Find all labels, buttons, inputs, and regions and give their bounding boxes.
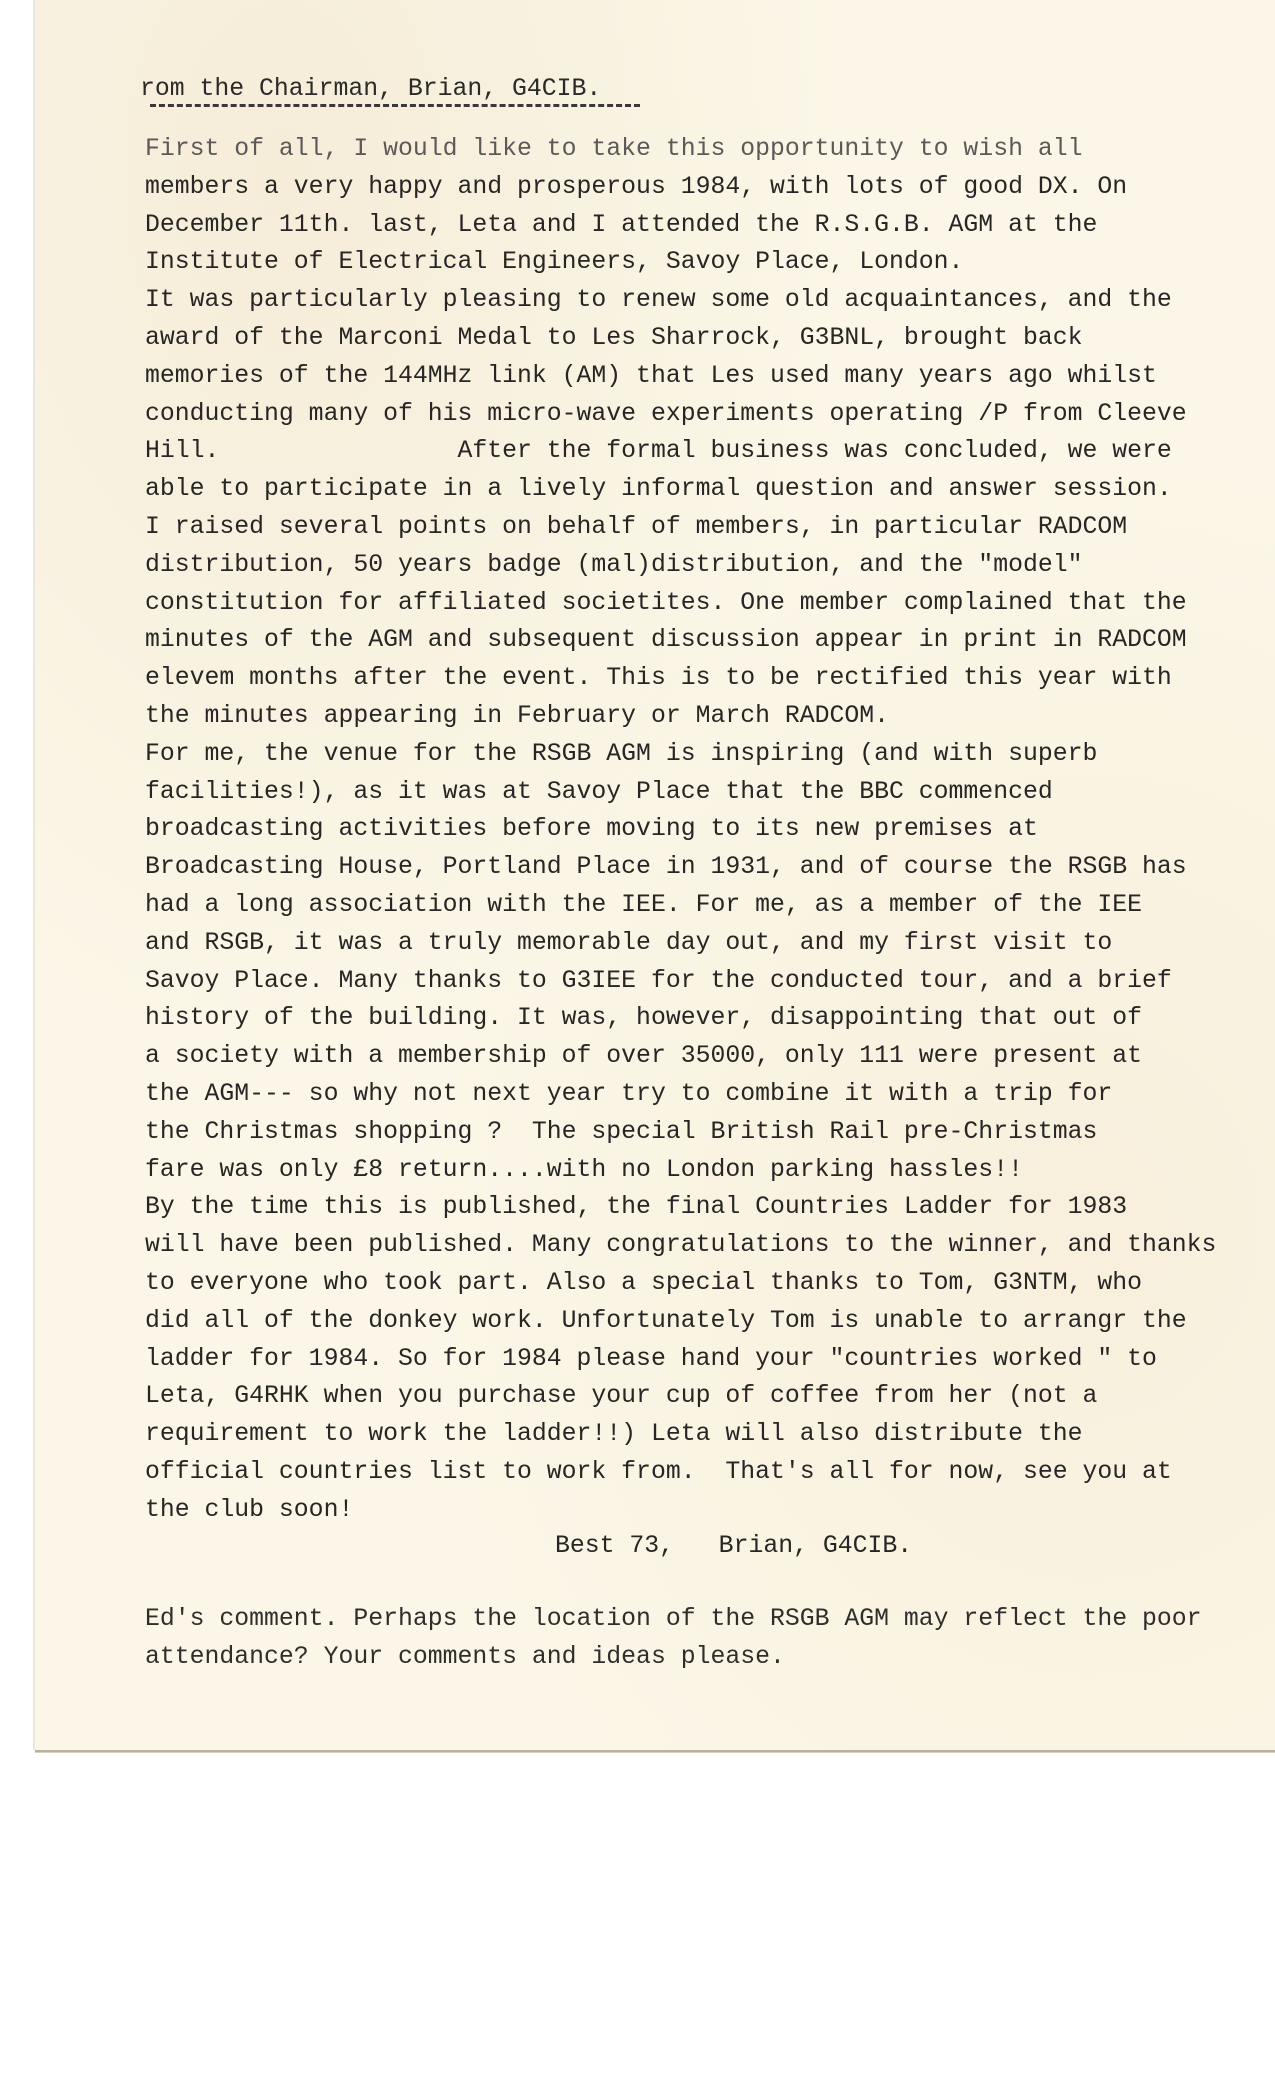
text-line: and RSGB, it was a truly memorable day o…: [145, 925, 1216, 963]
letter-body: First of all, I would like to take this …: [145, 131, 1216, 1529]
text-line: had a long association with the IEE. For…: [145, 887, 1216, 925]
editor-comment: Ed's comment. Perhaps the location of th…: [145, 1601, 1202, 1677]
text-line: broadcasting activities before moving to…: [145, 811, 1216, 849]
text-line: history of the building. It was, however…: [145, 1000, 1216, 1038]
text-line: facilities!), as it was at Savoy Place t…: [145, 774, 1216, 812]
paper-edge: [33, 0, 35, 1750]
text-line: attendance? Your comments and ideas plea…: [145, 1639, 1202, 1677]
text-line: Savoy Place. Many thanks to G3IEE for th…: [145, 963, 1216, 1001]
text-line: By the time this is published, the final…: [145, 1189, 1216, 1227]
text-line: Leta, G4RHK when you purchase your cup o…: [145, 1378, 1216, 1416]
text-line: Broadcasting House, Portland Place in 19…: [145, 849, 1216, 887]
text-line: distribution, 50 years badge (mal)distri…: [145, 547, 1216, 585]
text-line: conducting many of his micro-wave experi…: [145, 396, 1216, 434]
text-line: requirement to work the ladder!!) Leta w…: [145, 1416, 1216, 1454]
text-line: fare was only £8 return....with no Londo…: [145, 1152, 1216, 1190]
text-line: minutes of the AGM and subsequent discus…: [145, 622, 1216, 660]
text-line: did all of the donkey work. Unfortunatel…: [145, 1303, 1216, 1341]
text-line: official countries list to work from. Th…: [145, 1454, 1216, 1492]
text-line: the AGM--- so why not next year try to c…: [145, 1076, 1216, 1114]
text-line: the club soon!: [145, 1492, 1216, 1530]
text-line: Ed's comment. Perhaps the location of th…: [145, 1601, 1202, 1639]
text-line: the minutes appearing in February or Mar…: [145, 698, 1216, 736]
text-line: constitution for affiliated societites. …: [145, 585, 1216, 623]
text-line: award of the Marconi Medal to Les Sharro…: [145, 320, 1216, 358]
text-line: to everyone who took part. Also a specia…: [145, 1265, 1216, 1303]
text-line: able to participate in a lively informal…: [145, 471, 1216, 509]
text-line: elevem months after the event. This is t…: [145, 660, 1216, 698]
text-line: Hill. After the formal business was conc…: [145, 433, 1216, 471]
text-line: For me, the venue for the RSGB AGM is in…: [145, 736, 1216, 774]
text-line: It was particularly pleasing to renew so…: [145, 282, 1216, 320]
heading-underline: [150, 104, 640, 107]
text-line: First of all, I would like to take this …: [145, 131, 1216, 169]
text-line: members a very happy and prosperous 1984…: [145, 169, 1216, 207]
text-line: December 11th. last, Leta and I attended…: [145, 207, 1216, 245]
text-line: a society with a membership of over 3500…: [145, 1038, 1216, 1076]
text-line: will have been published. Many congratul…: [145, 1227, 1216, 1265]
text-line: I raised several points on behalf of mem…: [145, 509, 1216, 547]
signature: Best 73, Brian, G4CIB.: [555, 1528, 912, 1566]
text-line: the Christmas shopping ? The special Bri…: [145, 1114, 1216, 1152]
text-line: memories of the 144MHz link (AM) that Le…: [145, 358, 1216, 396]
text-line: ladder for 1984. So for 1984 please hand…: [145, 1341, 1216, 1379]
text-line: Institute of Electrical Engineers, Savoy…: [145, 244, 1216, 282]
letter-heading: rom the Chairman, Brian, G4CIB.: [140, 74, 601, 104]
